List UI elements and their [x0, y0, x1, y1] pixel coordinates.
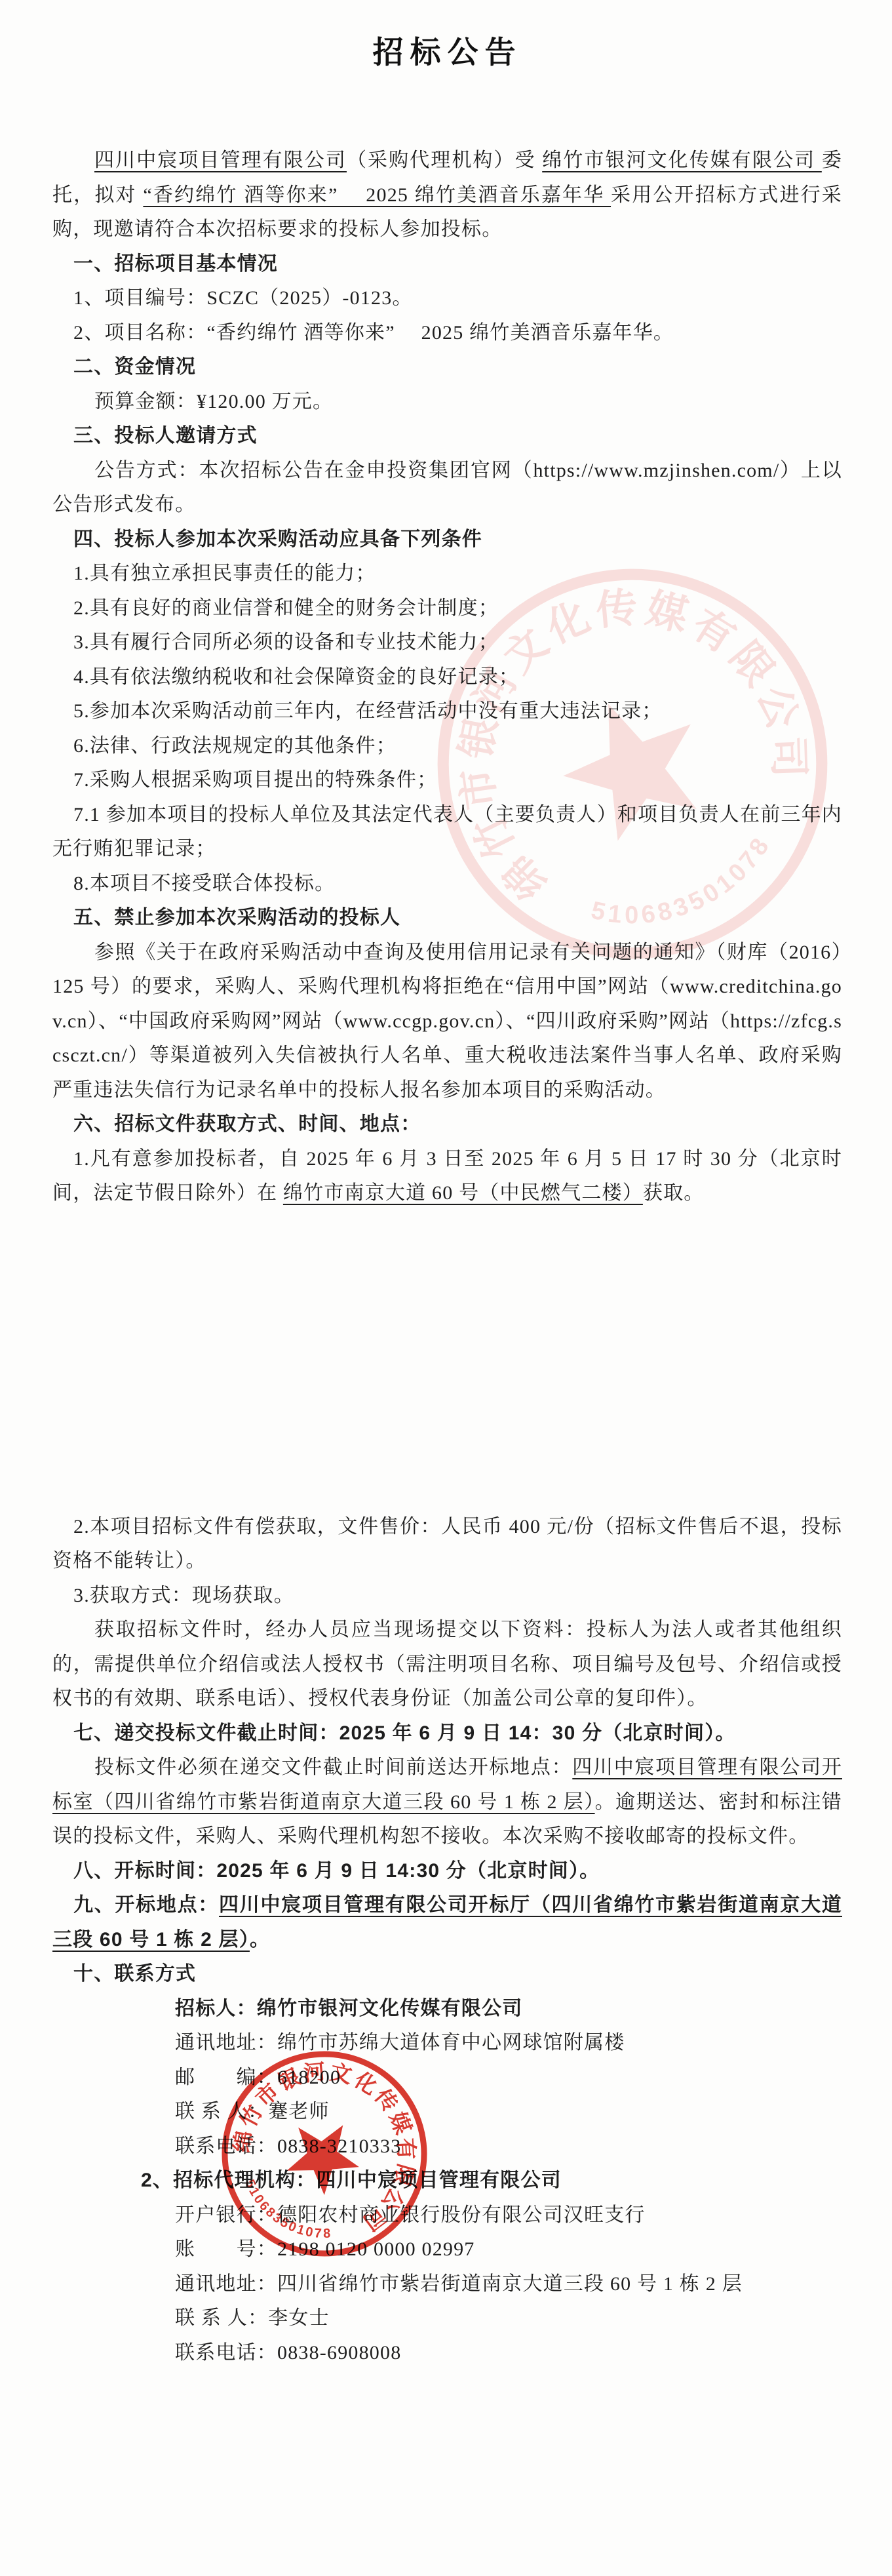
tenderer-phone-line: 联系电话：0838-3210333 — [175, 2130, 842, 2164]
announcement-method-paragraph: 公告方式：本次招标公告在金申投资集团官网（https://www.mzjinsh… — [52, 454, 842, 523]
open-location-label: 九、开标地点： — [73, 1894, 219, 1916]
obtain-note-paragraph: 获取招标文件时，经办人员应当现场提交以下资料：投标人为法人或者其他组织的，需提供… — [52, 1613, 842, 1716]
section9-heading: 九、开标地点：四川中宸项目管理有限公司开标厅（四川省绵竹市紫岩街道南京大道三段 … — [52, 1888, 842, 1957]
obtain-address: 绵竹市南京大道 60 号（中民燃气二楼） — [283, 1182, 643, 1204]
project-number-line: 1、项目编号：SCZC（2025）-0123。 — [52, 281, 842, 316]
agent-contact-person-line: 联 系 人：李女士 — [175, 2301, 842, 2336]
tenderer-address-line: 通讯地址：绵竹市苏绵大道体育中心网球馆附属楼 — [175, 2026, 842, 2061]
condition-item-6: 6.法律、行政法规规定的其他条件； — [52, 729, 842, 764]
section3-heading: 三、投标人邀请方式 — [52, 419, 842, 454]
condition-item-5: 5.参加本次采购活动前三年内，在经营活动中没有重大违法记录； — [52, 694, 842, 729]
tenderer-contact-person-line: 联 系 人：蹇老师 — [175, 2095, 842, 2130]
document-body: 招标公告 四川中宸项目管理有限公司（采购代理机构）受 绵竹市银河文化传媒有限公司… — [52, 31, 842, 2370]
section2-heading: 二、资金情况 — [52, 350, 842, 385]
section6-heading: 六、招标文件获取方式、时间、地点： — [52, 1107, 842, 1142]
condition-item-4: 4.具有依法缴纳税收和社会保障资金的良好记录； — [52, 660, 842, 695]
tenderer-zip-line: 邮 编：618200 — [175, 2061, 842, 2095]
section1-heading: 一、招标项目基本情况 — [52, 247, 842, 282]
condition-item-1: 1.具有独立承担民事责任的能力； — [52, 557, 842, 591]
condition-item-7: 7.采购人根据采购项目提出的特殊条件； — [52, 763, 842, 798]
agent-account-line: 账 号：2198 0120 0000 02997 — [175, 2232, 842, 2267]
condition-item-2: 2.具有良好的商业信誉和健全的财务会计制度； — [52, 591, 842, 626]
doc-title: 招标公告 — [52, 31, 842, 75]
section10-heading: 十、联系方式 — [52, 1957, 842, 1992]
submission-text: 投标文件必须在递交文件截止时间前送达开标地点： — [94, 1756, 572, 1778]
agent-address-line: 通讯地址：四川省绵竹市紫岩街道南京大道三段 60 号 1 栋 2 层 — [175, 2267, 842, 2302]
agent-phone-line: 联系电话：0838-6908008 — [175, 2336, 842, 2371]
open-location-period: 。 — [250, 1929, 270, 1951]
intro-paragraph: 四川中宸项目管理有限公司（采购代理机构）受 绵竹市银河文化传媒有限公司 委托，拟… — [52, 144, 842, 247]
obtain-method-item-3: 3.获取方式：现场获取。 — [52, 1579, 842, 1614]
section4-heading: 四、投标人参加本次采购活动应具备下列条件 — [52, 523, 842, 557]
agent-name-line: 2、招标代理机构：四川中宸项目管理有限公司 — [141, 2164, 842, 2198]
doc-obtain-item-1: 1.凡有意参加投标者，自 2025 年 6 月 3 日至 2025 年 6 月 … — [52, 1142, 842, 1211]
project-name-line: 2、项目名称：“香约绵竹 酒等你来” 2025 绵竹美酒音乐嘉年华。 — [52, 316, 842, 351]
budget-line: 预算金额：¥120.00 万元。 — [52, 385, 842, 420]
section8-heading: 八、开标时间：2025 年 6 月 9 日 14:30 分（北京时间）。 — [52, 1854, 842, 1889]
condition-item-3: 3.具有履行合同所必须的设备和专业技术能力； — [52, 625, 842, 660]
project-title: “香约绵竹 酒等你来” 2025 绵竹美酒音乐嘉年华 — [143, 184, 611, 206]
tenderer-company-name: 绵竹市银河文化传媒有限公司 — [542, 149, 822, 171]
submission-note-paragraph: 投标文件必须在递交文件截止时间前送达开标地点：四川中宸项目管理有限公司开标室（四… — [52, 1751, 842, 1854]
procurement-agency-name: 四川中宸项目管理有限公司 — [94, 149, 347, 171]
doc-fee-item-2: 2.本项目招标文件有偿获取，文件售价：人民币 400 元/份（招标文件售后不退，… — [52, 1510, 842, 1579]
section5-heading: 五、禁止参加本次采购活动的投标人 — [52, 901, 842, 936]
obtain-text: 获取。 — [643, 1182, 705, 1204]
tenderer-name-line: 招标人：绵竹市银河文化传媒有限公司 — [175, 1992, 842, 2027]
credit-record-paragraph: 参照《关于在政府采购活动中查询及使用信用记录有关问题的通知》（财库（2016）1… — [52, 936, 842, 1108]
scanned-tender-announcement: 绵竹市银河文化传媒有限公司 5106835010785 招标公告 四川中宸项目管… — [0, 0, 892, 2576]
agent-bank-line: 开户银行：德阳农村商业银行股份有限公司汉旺支行 — [175, 2198, 842, 2233]
intro-text: （采购代理机构）受 — [347, 149, 542, 171]
condition-item-8: 8.本项目不接受联合体投标。 — [52, 867, 842, 902]
condition-item-7-1: 7.1 参加本项目的投标人单位及其法定代表人（主要负责人）和项目负责人在前三年内… — [52, 798, 842, 867]
section7-heading: 七、递交投标文件截止时间：2025 年 6 月 9 日 14：30 分（北京时间… — [52, 1716, 842, 1751]
page-break-gap — [52, 1211, 842, 1510]
